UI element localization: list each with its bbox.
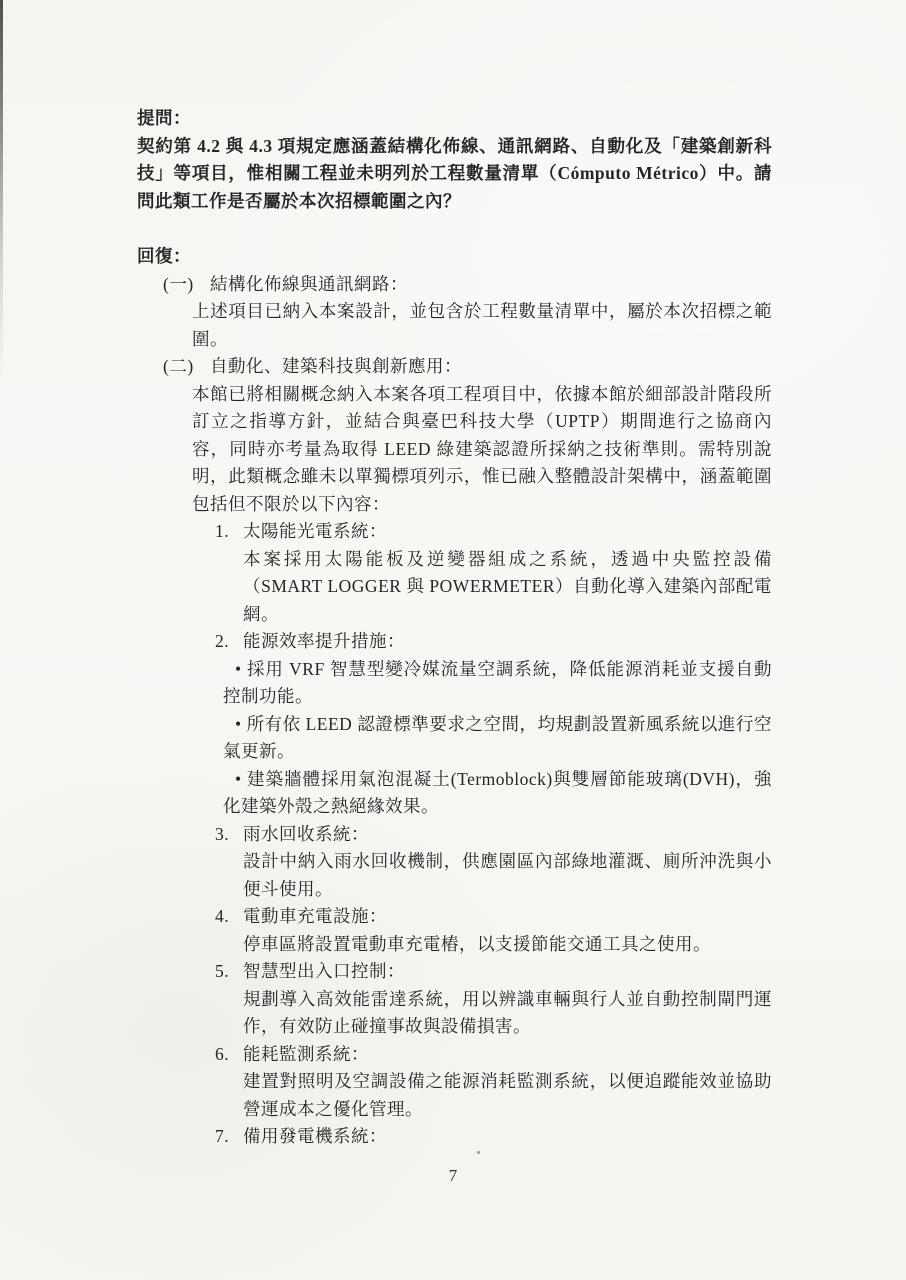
numbered-item-4-number: 4.	[215, 903, 243, 958]
bullet-item-1-text: 採用 VRF 智慧型變冷媒流量空調系統，降低能源消耗並支援自動控制功能。	[223, 659, 772, 707]
numbered-item-5-number: 5.	[215, 958, 243, 1041]
numbered-item-1-content: 太陽能光電系統： 本案採用太陽能板及逆變器組成之系統，透過中央監控設備（SMAR…	[243, 518, 772, 628]
bullet-icon: •	[235, 714, 242, 734]
reply-item-1-title: 結構化佈線與通訊網路：	[210, 271, 772, 299]
numbered-item-6-title: 能耗監測系統：	[243, 1041, 772, 1069]
numbered-item-1-body: 本案採用太陽能板及逆變器組成之系統，透過中央監控設備（SMART LOGGER …	[243, 546, 772, 629]
bullet-item-1: • 採用 VRF 智慧型變冷媒流量空調系統，降低能源消耗並支援自動控制功能。	[223, 656, 772, 711]
numbered-item-6-body: 建置對照明及空調設備之能源消耗監測系統，以便追蹤能效並協助營運成本之優化管理。	[243, 1068, 772, 1123]
numbered-item-5-body: 規劃導入高效能雷達系統，用以辨識車輛與行人並自動控制閘門運作，有效防止碰撞事故與…	[243, 986, 772, 1041]
numbered-item-4: 4. 電動車充電設施： 停車區將設置電動車充電樁，以支援節能交通工具之使用。	[137, 903, 772, 958]
reply-item-1-body: 上述項目已納入本案設計，並包含於工程數量清單中，屬於本次招標之範圍。	[192, 298, 772, 353]
numbered-item-4-content: 電動車充電設施： 停車區將設置電動車充電樁，以支援節能交通工具之使用。	[243, 903, 772, 958]
reply-item-1-label: (一)	[163, 271, 210, 299]
numbered-item-5: 5. 智慧型出入口控制： 規劃導入高效能雷達系統，用以辨識車輛與行人並自動控制閘…	[137, 958, 772, 1041]
numbered-item-4-body: 停車區將設置電動車充電樁，以支援節能交通工具之使用。	[243, 931, 772, 959]
numbered-item-1-number: 1.	[215, 518, 243, 628]
reply-item-1-head: (一) 結構化佈線與通訊網路：	[137, 271, 772, 299]
numbered-item-7-title: 備用發電機系統：	[243, 1123, 772, 1151]
scan-artifact-left-edge	[0, 0, 3, 380]
bullet-item-3-text: 建築牆體採用氣泡混凝土(Termoblock)與雙層節能玻璃(DVH)，強化建築…	[223, 769, 772, 817]
numbered-item-3-title: 雨水回收系統：	[243, 821, 772, 849]
numbered-item-3: 3. 雨水回收系統： 設計中納入雨水回收機制，供應園區內部綠地灌溉、廁所沖洗與小…	[137, 821, 772, 904]
scanned-document-page: 提問： 契約第 4.2 與 4.3 項規定應涵蓋結構化佈線、通訊網路、自動化及「…	[0, 0, 906, 1280]
bullet-item-3: • 建築牆體採用氣泡混凝土(Termoblock)與雙層節能玻璃(DVH)，強化…	[223, 766, 772, 821]
numbered-item-6: 6. 能耗監測系統： 建置對照明及空調設備之能源消耗監測系統，以便追蹤能效並協助…	[137, 1041, 772, 1124]
numbered-item-4-title: 電動車充電設施：	[243, 903, 772, 931]
numbered-item-6-content: 能耗監測系統： 建置對照明及空調設備之能源消耗監測系統，以便追蹤能效並協助營運成…	[243, 1041, 772, 1124]
document-content: 提問： 契約第 4.2 與 4.3 項規定應涵蓋結構化佈線、通訊網路、自動化及「…	[137, 105, 772, 1151]
numbered-item-3-content: 雨水回收系統： 設計中納入雨水回收機制，供應園區內部綠地灌溉、廁所沖洗與小便斗使…	[243, 821, 772, 904]
page-number: 7	[0, 1162, 906, 1190]
numbered-item-3-number: 3.	[215, 821, 243, 904]
reply-heading: 回復：	[137, 243, 772, 271]
numbered-item-1-title: 太陽能光電系統：	[243, 518, 772, 546]
question-body: 契約第 4.2 與 4.3 項規定應涵蓋結構化佈線、通訊網路、自動化及「建築創新…	[137, 133, 772, 216]
reply-item-2-title: 自動化、建築科技與創新應用：	[210, 353, 772, 381]
numbered-item-7-number: 7.	[215, 1123, 243, 1151]
bullet-icon: •	[235, 659, 242, 679]
numbered-item-2-title: 能源效率提升措施：	[243, 628, 772, 656]
reply-item-2-body: 本館已將相關概念納入本案各項工程項目中，依據本館於細部設計階段所訂立之指導方針，…	[192, 381, 772, 519]
reply-item-2-head: (二) 自動化、建築科技與創新應用：	[137, 353, 772, 381]
numbered-item-7: 7. 備用發電機系統：	[137, 1123, 772, 1151]
bullet-item-2-text: 所有依 LEED 認證標準要求之空間，均規劃設置新風系統以進行空氣更新。	[223, 714, 772, 762]
scan-speck	[477, 1151, 480, 1154]
question-heading: 提問：	[137, 105, 772, 133]
numbered-item-2-content: 能源效率提升措施： • 採用 VRF 智慧型變冷媒流量空調系統，降低能源消耗並支…	[243, 628, 772, 821]
numbered-item-1: 1. 太陽能光電系統： 本案採用太陽能板及逆變器組成之系統，透過中央監控設備（S…	[137, 518, 772, 628]
numbered-item-3-body: 設計中納入雨水回收機制，供應園區內部綠地灌溉、廁所沖洗與小便斗使用。	[243, 848, 772, 903]
reply-item-1: (一) 結構化佈線與通訊網路： 上述項目已納入本案設計，並包含於工程數量清單中，…	[137, 271, 772, 354]
bullet-item-2: • 所有依 LEED 認證標準要求之空間，均規劃設置新風系統以進行空氣更新。	[223, 711, 772, 766]
numbered-item-2: 2. 能源效率提升措施： • 採用 VRF 智慧型變冷媒流量空調系統，降低能源消…	[137, 628, 772, 821]
reply-item-2-label: (二)	[163, 353, 210, 381]
numbered-item-5-content: 智慧型出入口控制： 規劃導入高效能雷達系統，用以辨識車輛與行人並自動控制閘門運作…	[243, 958, 772, 1041]
numbered-item-7-content: 備用發電機系統：	[243, 1123, 772, 1151]
numbered-item-5-title: 智慧型出入口控制：	[243, 958, 772, 986]
reply-item-2: (二) 自動化、建築科技與創新應用： 本館已將相關概念納入本案各項工程項目中，依…	[137, 353, 772, 1151]
bullet-icon: •	[235, 769, 242, 789]
numbered-list: 1. 太陽能光電系統： 本案採用太陽能板及逆變器組成之系統，透過中央監控設備（S…	[137, 518, 772, 1151]
numbered-item-6-number: 6.	[215, 1041, 243, 1124]
